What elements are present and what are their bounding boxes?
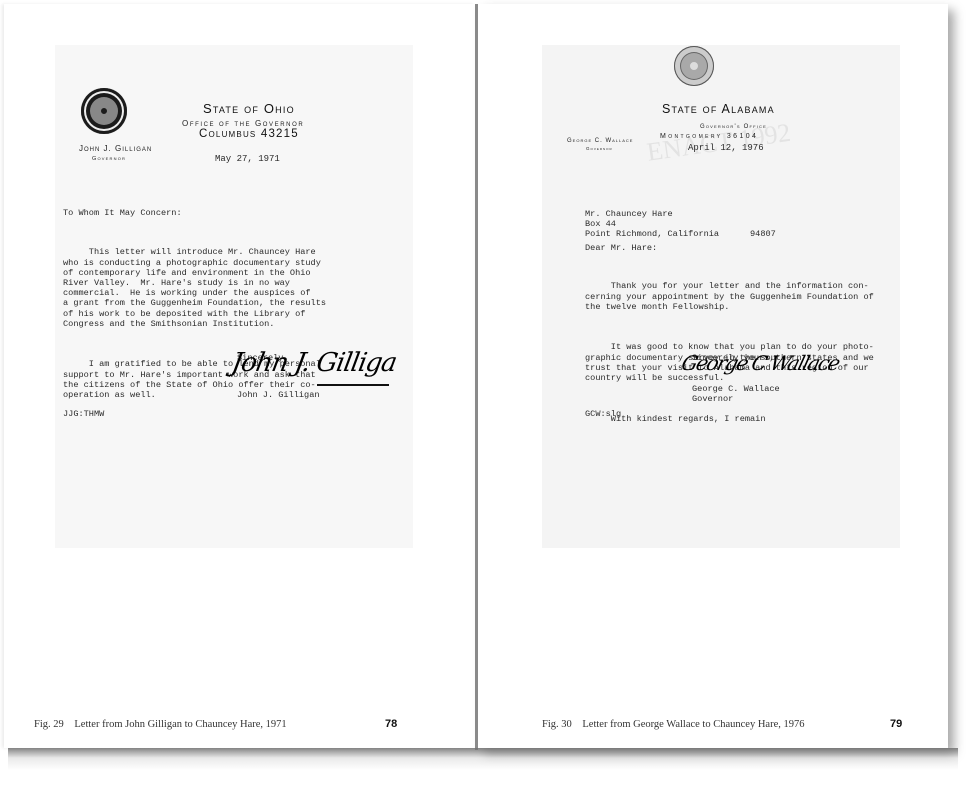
reference-initials: GCW:slg: [585, 409, 621, 419]
paragraph: Thank you for your letter and the inform…: [585, 281, 895, 312]
ohio-letter-image: State of Ohio Office of the Governor Col…: [55, 45, 413, 548]
letterhead-city: Montgomery 36104: [660, 132, 758, 142]
figure-number: Fig. 30: [542, 719, 572, 730]
recipient-address: Mr. Chauncey Hare Box 44 Point Richmond,…: [585, 209, 776, 240]
book-spine: [475, 4, 478, 750]
letterhead-state: State of Ohio: [203, 104, 295, 114]
book-spread: State of Ohio Office of the Governor Col…: [0, 0, 967, 790]
salutation: To Whom It May Concern:: [63, 208, 182, 218]
paragraph: With kindest regards, I remain: [585, 414, 895, 424]
caption-text: Letter from George Wallace to Chauncey H…: [582, 719, 804, 730]
handwritten-signature: George C Wallace: [681, 358, 840, 368]
reference-initials: JJG:THMW: [63, 409, 104, 419]
letterhead-office: Governor's Office: [700, 122, 767, 132]
salutation: Dear Mr. Hare:: [585, 243, 657, 253]
alabama-state-seal-icon: [674, 46, 714, 86]
typed-name: George C. Wallace Governor: [692, 384, 780, 404]
page-number: 78: [385, 718, 397, 730]
ohio-state-seal-icon: [81, 88, 127, 134]
letter-date: May 27, 1971: [215, 154, 280, 164]
handwritten-signature: John J. Gilliga: [231, 358, 397, 368]
alabama-letter-image: ENACT 1992 State of Alabama Governor's O…: [542, 45, 900, 548]
letterhead-state: State of Alabama: [662, 104, 775, 114]
governor-title: Governor: [586, 144, 613, 154]
figure-caption: Fig. 30 Letter from George Wallace to Ch…: [542, 719, 805, 730]
typed-name: John J. Gilligan: [237, 390, 320, 400]
letterhead-city: Columbus 43215: [199, 129, 299, 139]
letter-date: April 12, 1976: [688, 143, 764, 153]
caption-text: Letter from John Gilligan to Chauncey Ha…: [74, 719, 286, 730]
page-shadow: [8, 748, 958, 770]
paragraph: This letter will introduce Mr. Chauncey …: [63, 247, 408, 329]
figure-number: Fig. 29: [34, 719, 64, 730]
signature-stroke: [317, 384, 389, 386]
governor-name: John J. Gilligan: [79, 144, 152, 154]
letter-body: This letter will introduce Mr. Chauncey …: [63, 227, 408, 431]
governor-title: Governor: [92, 154, 126, 164]
page-number: 79: [890, 718, 902, 730]
figure-caption: Fig. 29 Letter from John Gilligan to Cha…: [34, 719, 287, 730]
